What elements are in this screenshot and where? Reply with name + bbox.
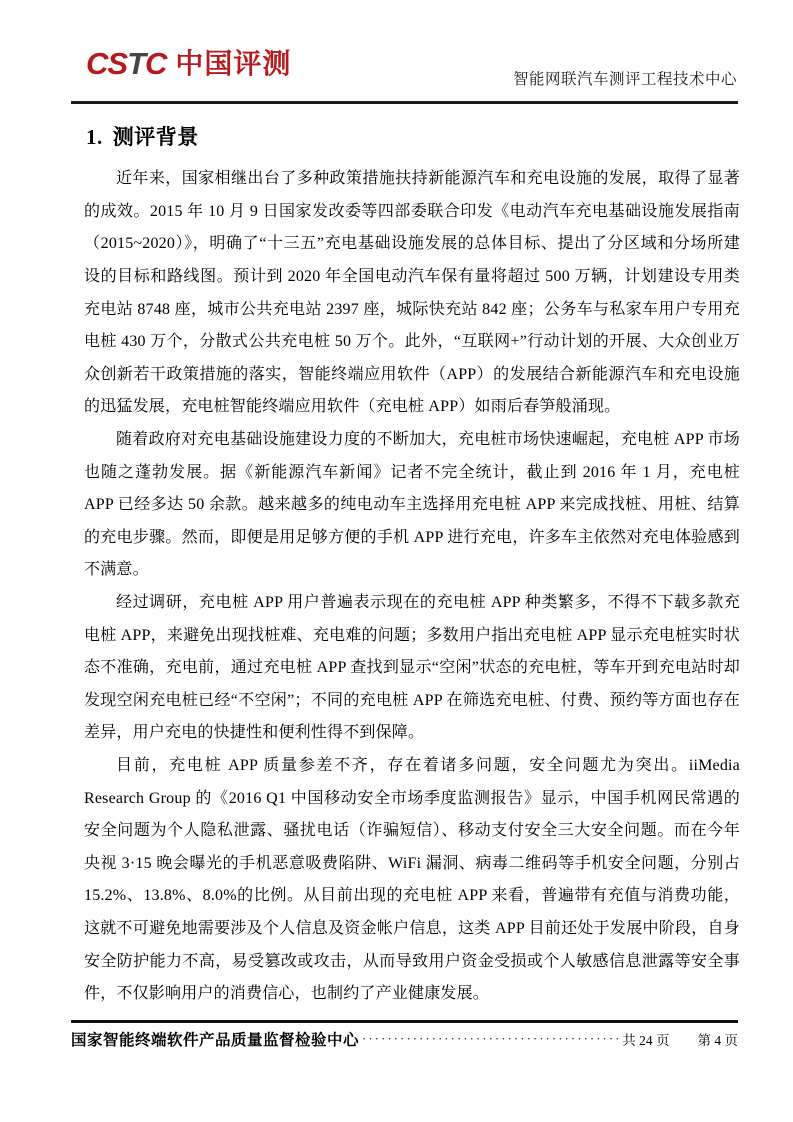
- section-number: 1.: [86, 124, 103, 151]
- document-page: CSTC 中国评测 智能网联汽车测评工程技术中心 1. 测评背景 近年来，国家相…: [0, 0, 793, 1122]
- page-footer: 国家智能终端软件产品质量监督检验中心 ·····················…: [71, 1020, 738, 1050]
- cstc-logo: CSTC 中国评测: [86, 48, 291, 79]
- header-divider: [71, 101, 738, 104]
- section-title: 1. 测评背景: [86, 124, 740, 151]
- footer-total-pages: 共 24 页: [622, 1029, 669, 1049]
- logo-letters-red-1: CS: [86, 46, 127, 81]
- logo-letter-dark: T: [127, 46, 145, 81]
- paragraph-1: 近年来，国家相继出台了多种政策措施扶持新能源汽车和充电设施的发展，取得了显著的成…: [84, 163, 740, 424]
- logo-cstc-wordmark: CSTC: [86, 48, 166, 79]
- header-center-title: 智能网联汽车测评工程技术中心: [513, 67, 737, 89]
- logo-chinese-name: 中国评测: [175, 50, 291, 78]
- paragraph-3: 经过调研，充电桩 APP 用户普遍表示现在的充电桩 APP 种类繁多，不得不下载…: [84, 587, 740, 750]
- document-body: 1. 测评背景 近年来，国家相继出台了多种政策措施扶持新能源汽车和充电设施的发展…: [84, 124, 740, 1011]
- logo-letters-red-2: C: [145, 46, 166, 81]
- footer-leader-dots: ········································…: [362, 1031, 619, 1047]
- footer-page-number: 第 4 页: [698, 1029, 739, 1049]
- paragraph-4: 目前，充电桩 APP 质量参差不齐，存在着诸多问题，安全问题尤为突出。iiMed…: [84, 750, 740, 1011]
- footer-org-name: 国家智能终端软件产品质量监督检验中心: [71, 1028, 359, 1050]
- footer-row: 国家智能终端软件产品质量监督检验中心 ·····················…: [71, 1023, 738, 1050]
- paragraph-2: 随着政府对充电基础设施建设力度的不断加大，充电桩市场快速崛起，充电桩 APP 市…: [84, 424, 740, 587]
- section-title-text: 测评背景: [113, 124, 199, 151]
